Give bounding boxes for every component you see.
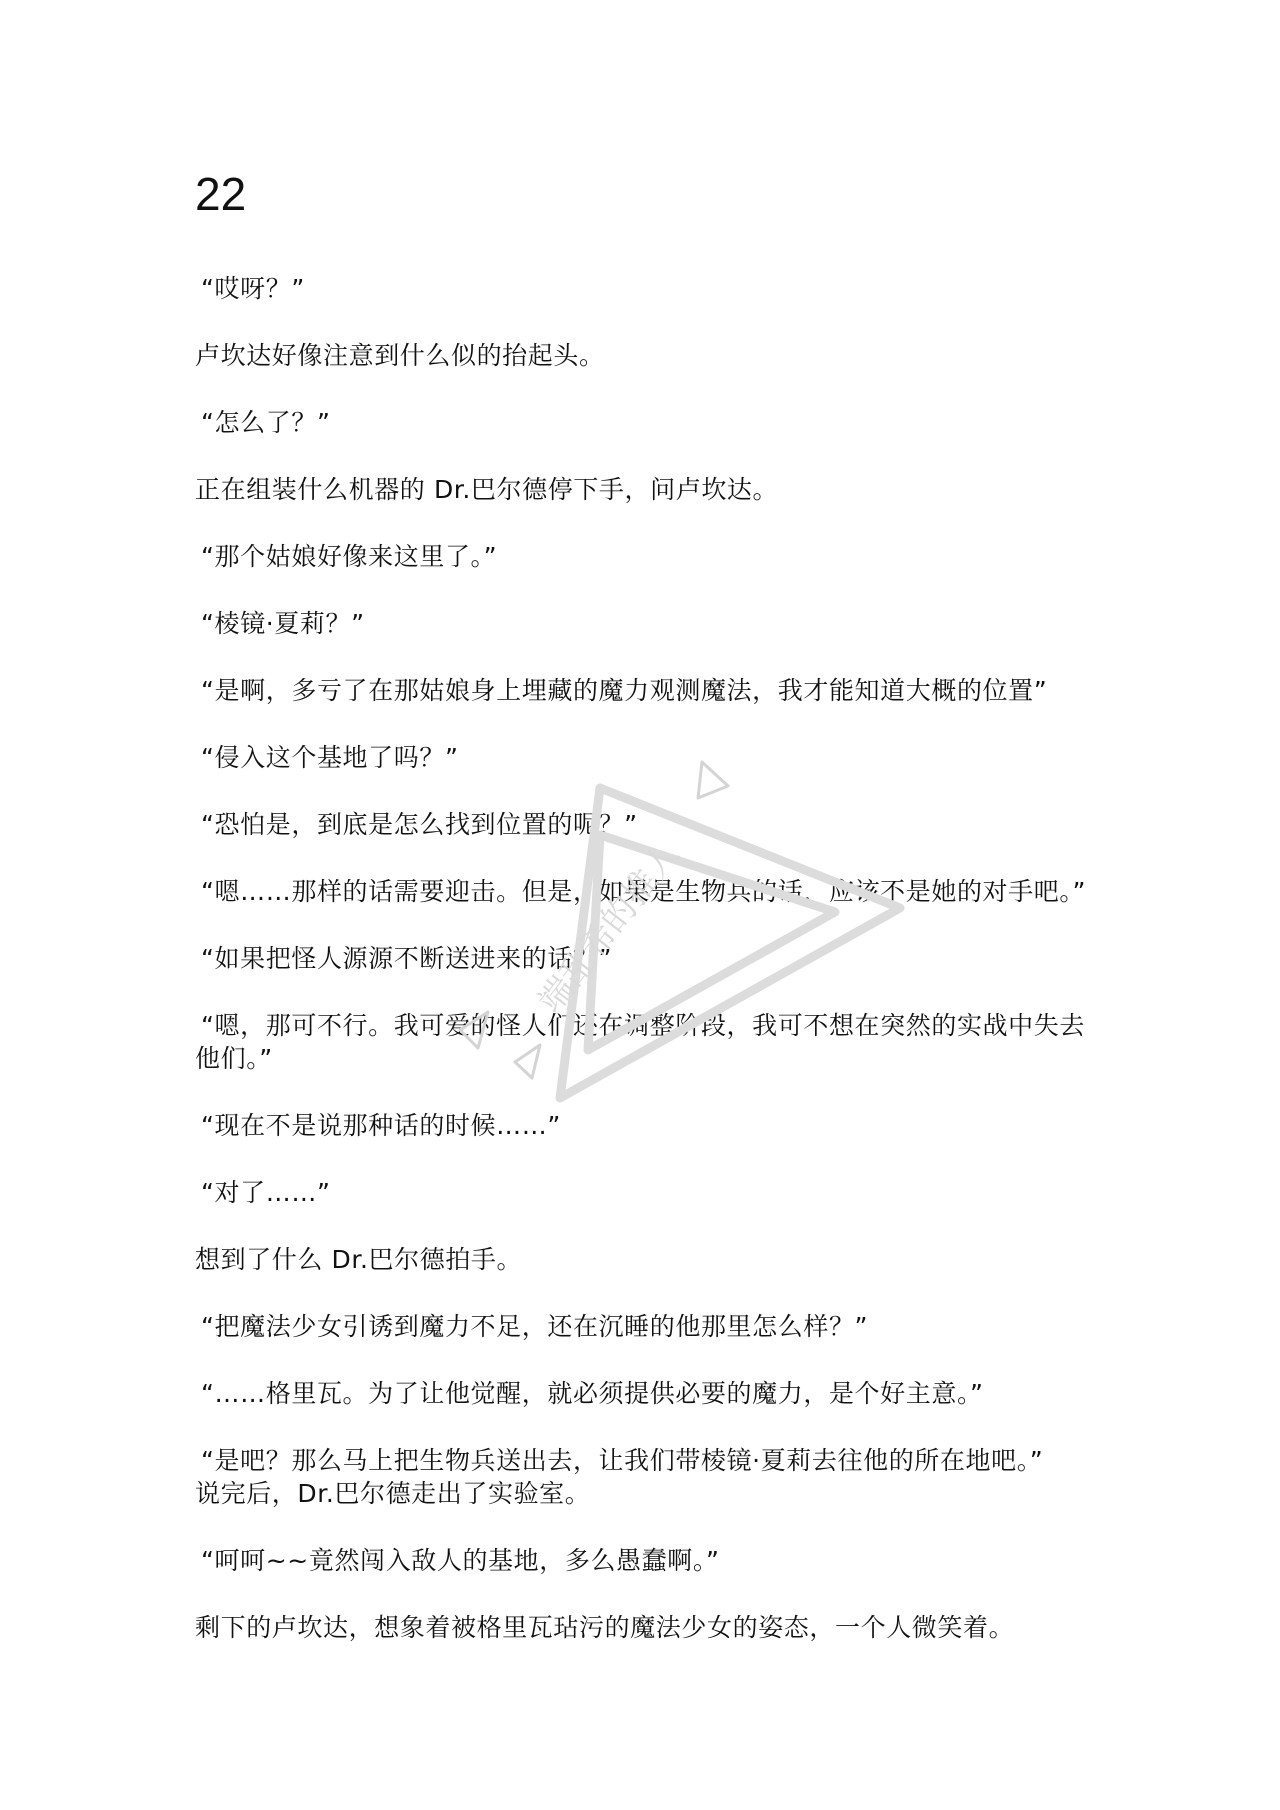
paragraph: 卢坎达好像注意到什么似的抬起头。 — [195, 339, 1095, 372]
paragraph: “呵呵~~竟然闯入敌人的基地，多么愚蠢啊。” — [195, 1544, 1095, 1577]
paragraph: “棱镜·夏莉？” — [195, 607, 1095, 640]
paragraph: “那个姑娘好像来这里了。” — [195, 540, 1095, 573]
paragraph: “是吧？那么马上把生物兵送出去，让我们带棱镜·夏莉去往他的所在地吧。” — [195, 1444, 1095, 1477]
paragraph: “把魔法少女引诱到魔力不足，还在沉睡的他那里怎么样？” — [195, 1310, 1095, 1343]
paragraph: “对了……” — [195, 1176, 1095, 1209]
paragraph: 剩下的卢坎达，想象着被格里瓦玷污的魔法少女的姿态，一个人微笑着。 — [195, 1611, 1095, 1644]
paragraph: “是啊，多亏了在那姑娘身上埋藏的魔力观测魔法，我才能知道大概的位置” — [195, 674, 1095, 707]
chapter-title: 22 — [195, 166, 246, 222]
paragraph: “怎么了？” — [195, 406, 1095, 439]
paragraph: “哎呀？” — [195, 272, 1095, 305]
paragraph: “……格里瓦。为了让他觉醒，就必须提供必要的魔力，是个好主意。” — [195, 1377, 1095, 1410]
paragraph: 正在组装什么机器的 Dr.巴尔德停下手，问卢坎达。 — [195, 473, 1095, 506]
paragraph: 想到了什么 Dr.巴尔德拍手。 — [195, 1243, 1095, 1276]
paragraph: “如果把怪人源源不断送进来的话？” — [195, 942, 1095, 975]
paragraph: “嗯，那可不行。我可爱的怪人们还在调整阶段，我可不想在突然的实战中失去他们。” — [195, 1009, 1095, 1075]
paragraph: 说完后，Dr.巴尔德走出了实验室。 — [195, 1477, 1095, 1510]
paragraph: “现在不是说那种话的时候……” — [195, 1109, 1095, 1142]
paragraph: “嗯……那样的话需要迎击。但是，如果是生物兵的话，应该不是她的对手吧。” — [195, 875, 1095, 908]
paragraph: “恐怕是，到底是怎么找到位置的呢？” — [195, 808, 1095, 841]
chapter-body: “哎呀？” 卢坎达好像注意到什么似的抬起头。 “怎么了？” 正在组装什么机器的 … — [195, 272, 1095, 1678]
paragraph: “侵入这个基地了吗？” — [195, 741, 1095, 774]
